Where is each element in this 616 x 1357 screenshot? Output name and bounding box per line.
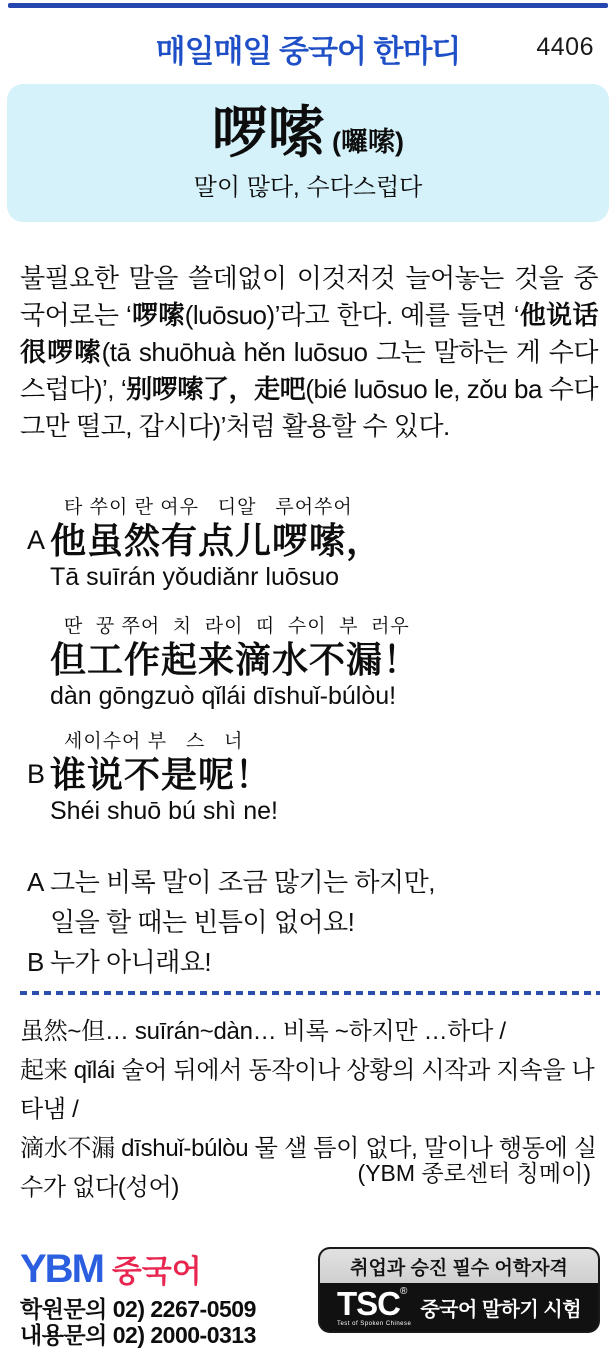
chinese-sentence: 他虽然有点儿啰嗦， [50, 519, 616, 563]
keyword-meaning: 말이 많다, 수다스럽다 [194, 167, 423, 202]
translation-text: 그는 비록 말이 조금 많기는 하지만, [50, 862, 616, 902]
intro-seg: (luōsuo)’라고 한다. 예를 들면 ‘ [185, 300, 519, 330]
speaker-label-a: A [27, 862, 50, 902]
ybm-logo-subject: 중국어 [112, 1246, 202, 1291]
phone-content: 내용문의 02) 2000-0313 [20, 1317, 256, 1350]
translation-text: 일을 할 때는 빈틈이 없어요! [50, 902, 616, 942]
speaker-label-a: A [27, 525, 45, 556]
keyword-hanzi: 啰嗦 [212, 105, 324, 161]
keyword-box: 啰嗦 (囉嗦) 말이 많다, 수다스럽다 [7, 84, 609, 222]
dialogue-content: 타 쑤이 란 여우 디알 루어쑤어 他虽然有点儿啰嗦， Tā suīrán yǒ… [0, 497, 616, 592]
korean-pronunciation: 딴 꿍 쭈어 치 라이 띠 수이 부 러우 [50, 616, 616, 638]
keyword-line: 啰嗦 (囉嗦) [212, 105, 404, 161]
speaker-label-b: B [27, 942, 50, 982]
speaker-label-b: B [27, 759, 45, 790]
hanzi-normal: 他虽然有点儿 [50, 520, 272, 561]
korean-pronunciation: 타 쑤이 란 여우 디알 루어쑤어 [50, 497, 616, 519]
pinyin-line: dàn gōngzuò qǐlái dīshuǐ-búlòu! [50, 682, 616, 711]
intro-seg-bold: 啰嗦 [131, 300, 184, 330]
tsc-logo: TSC®Test of Spoken Chinese [337, 1287, 411, 1327]
translation-row-b: B 누가 아니래요! [0, 942, 616, 982]
pinyin-line: Tā suīrán yǒudiǎnr luōsuo [50, 563, 616, 592]
keyword-traditional: (囉嗦) [332, 106, 404, 159]
pinyin-line: Shéi shuō bú shì ne! [50, 797, 616, 826]
translation-text: 누가 아니래요! [50, 942, 616, 982]
dialogue-line-a1: A 타 쑤이 란 여우 디알 루어쑤어 他虽然有点儿啰嗦， Tā suīrán … [0, 497, 616, 592]
newspaper-column-page: 매일매일 중국어 한마디 4406 啰嗦 (囉嗦) 말이 많다, 수다스럽다 불… [0, 0, 616, 1357]
ybm-logo: YBM 중국어 [20, 1246, 202, 1292]
dashed-divider [20, 991, 600, 995]
tsc-logo-row: TSC®Test of Spoken Chinese 중국어 말하기 시험 [320, 1283, 598, 1331]
hanzi-normal: 谁说不是呢！ [50, 754, 272, 795]
ybm-logo-text: YBM [20, 1247, 103, 1292]
note-line: 虽然~但… suīrán~dàn… 비록 ~하지만 …하다 / [20, 1012, 600, 1051]
intro-paragraph: 불필요한 말을 쓸데없이 이것저것 늘어놓는 것을 중국어로는 ‘啰嗦(luōs… [20, 260, 598, 445]
korean-translation-block: A 그는 비록 말이 조금 많기는 하지만, 일을 할 때는 빈틈이 없어요! … [0, 862, 616, 982]
registered-mark-icon: ® [400, 1286, 407, 1297]
issue-number: 4406 [536, 33, 594, 62]
hanzi-emphasis: 啰嗦， [272, 520, 383, 561]
tsc-tagline: 취업과 승진 필수 어학자격 [320, 1249, 598, 1283]
dialogue-content: 딴 꿍 쭈어 치 라이 띠 수이 부 러우 但工作起来滴水不漏！ dàn gōn… [0, 616, 616, 711]
chinese-sentence: 谁说不是呢！ [50, 753, 616, 797]
intro-seg-bold: 别啰嗦了，走吧 [126, 374, 305, 404]
tsc-logo-text: TSC [337, 1285, 400, 1322]
korean-pronunciation: 세이수어 부 스 너 [50, 731, 616, 753]
dialogue-line-b: B 세이수어 부 스 너 谁说不是呢！ Shéi shuō bú shì ne! [0, 731, 616, 826]
dialogue-content: 세이수어 부 스 너 谁说不是呢！ Shéi shuō bú shì ne! [0, 731, 616, 826]
top-accent-bar [8, 3, 608, 8]
column-title: 매일매일 중국어 한마디 [0, 26, 616, 71]
chinese-sentence: 但工作起来滴水不漏！ [50, 638, 616, 682]
tsc-logo-subtext: Test of Spoken Chinese [337, 1321, 411, 1327]
hanzi-normal: 但工作起来滴水不漏！ [50, 639, 420, 680]
tsc-exam-badge: 취업과 승진 필수 어학자격 TSC®Test of Spoken Chines… [318, 1247, 600, 1333]
author-credit: (YBM 종로센터 칭메이) [358, 1155, 591, 1188]
dialogue-line-a2: 딴 꿍 쭈어 치 라이 띠 수이 부 러우 但工作起来滴水不漏！ dàn gōn… [0, 616, 616, 711]
note-line: 起来 qǐlái 술어 뒤에서 동작이나 상황의 시작과 지속을 나타냄 / [20, 1051, 600, 1129]
tsc-exam-label: 중국어 말하기 시험 [420, 1293, 581, 1322]
translation-row-a: A 그는 비록 말이 조금 많기는 하지만, [0, 862, 616, 902]
translation-row-a2: 일을 할 때는 빈틈이 없어요! [0, 902, 616, 942]
